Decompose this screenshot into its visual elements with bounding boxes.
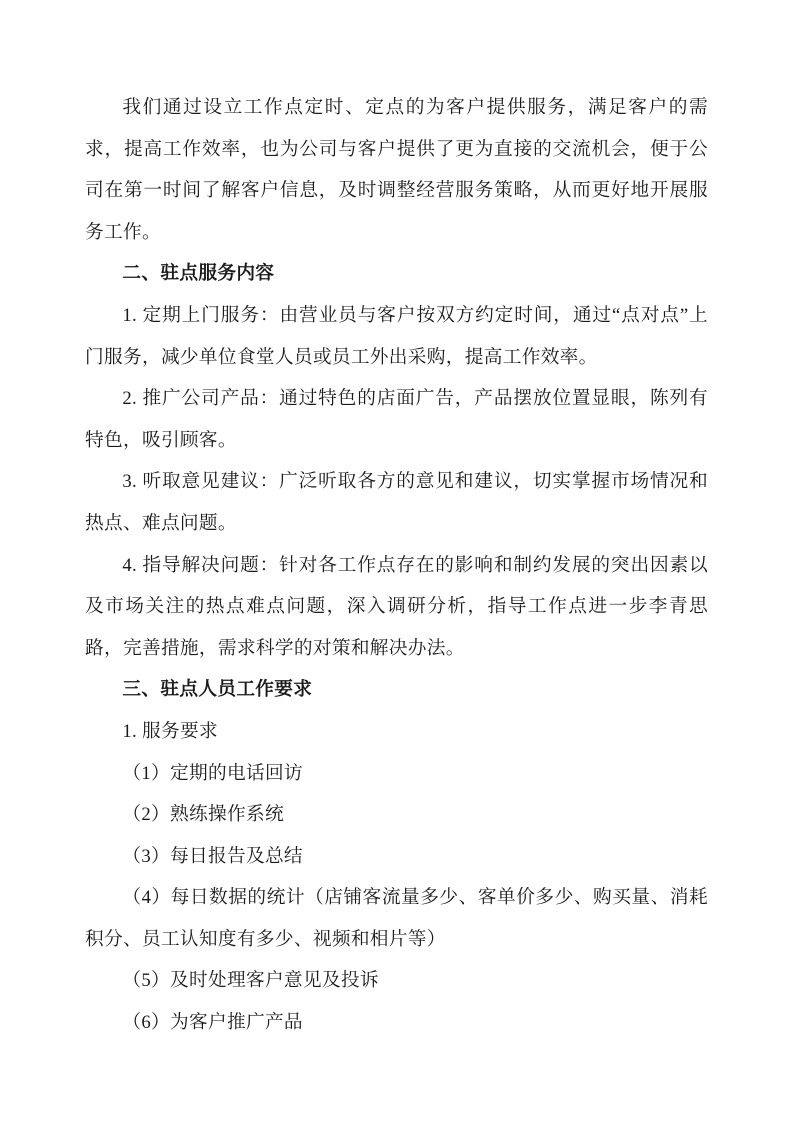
list-item: （2）熟练操作系统 xyxy=(85,794,708,836)
list-item: （4）每日数据的统计（店铺客流量多少、客单价多少、购买量、消耗积分、员工认知度有… xyxy=(85,877,708,960)
paragraph: 2. 推广公司产品：通过特色的店面广告，产品摆放位置显眼，陈列有特色，吸引顾客。 xyxy=(85,378,708,461)
section-heading: 二、驻点服务内容 xyxy=(85,253,708,295)
paragraph: 1. 定期上门服务：由营业员与客户按双方约定时间，通过“点对点”上门服务，减少单… xyxy=(85,295,708,378)
document-page: 我们通过设立工作点定时、定点的为客户提供服务，满足客户的需求，提高工作效率，也为… xyxy=(0,0,793,1122)
section-heading: 三、驻点人员工作要求 xyxy=(85,669,708,711)
paragraph: 4. 指导解决问题：针对各工作点存在的影响和制约发展的突出因素以及市场关注的热点… xyxy=(85,545,708,670)
paragraph: 3. 听取意见建议：广泛听取各方的意见和建议，切实掌握市场情况和热点、难点问题。 xyxy=(85,461,708,544)
list-item: （3）每日报告及总结 xyxy=(85,836,708,878)
document-body: 我们通过设立工作点定时、定点的为客户提供服务，满足客户的需求，提高工作效率，也为… xyxy=(85,87,708,1044)
paragraph: 1. 服务要求 xyxy=(85,711,708,753)
list-item: （1）定期的电话回访 xyxy=(85,753,708,795)
list-item: （6）为客户推广产品 xyxy=(85,1002,708,1044)
paragraph: 我们通过设立工作点定时、定点的为客户提供服务，满足客户的需求，提高工作效率，也为… xyxy=(85,87,708,253)
list-item: （5）及时处理客户意见及投诉 xyxy=(85,960,708,1002)
